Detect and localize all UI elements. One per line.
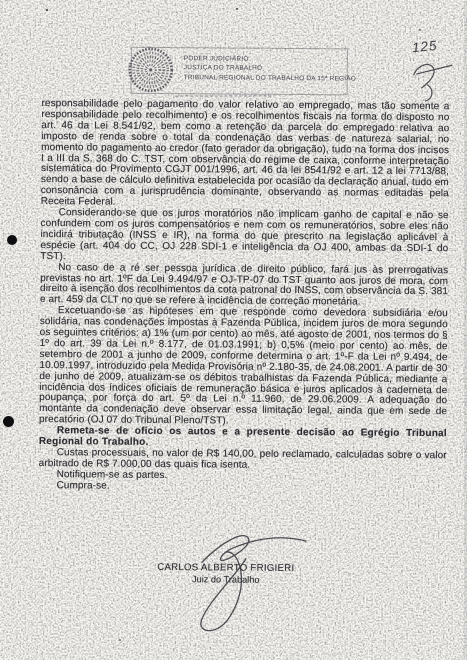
decision-text: responsabilidade pelo pagamento do valor…: [38, 99, 449, 495]
paragraph-fazenda-publica: Excetuando-se as hipóteses em que respon…: [39, 306, 448, 429]
coat-of-arms-seal-icon: [127, 46, 177, 96]
signature-block: CARLOS ALBERTO FRIGIERI Juiz do Trabalho: [116, 562, 336, 586]
judge-name: CARLOS ALBERTO FRIGIERI: [116, 562, 336, 575]
scanned-court-document-page: PODER JUDICIÁRIO JUSTIÇA DO TRABALHO TRI…: [0, 0, 467, 660]
paragraph-juros-moratorios: Considerando-se que os juros moratórios …: [40, 208, 448, 266]
letterhead-text: PODER JUDICIÁRIO JUSTIÇA DO TRABALHO TRI…: [184, 54, 384, 84]
judge-title: Juiz do Trabalho: [116, 574, 336, 586]
letterhead-line-3: TRIBUNAL REGIONAL DO TRABALHO DA 15ª REG…: [184, 73, 384, 84]
paragraph-cumpra-se: Cumpra-se.: [38, 481, 446, 495]
stamp-smudge-line: [176, 95, 272, 96]
paragraph-pessoa-juridica: No caso de a ré ser pessoa jurídica de d…: [40, 263, 448, 310]
page-number-handwritten: 125: [411, 38, 438, 55]
rubric-mark-icon: [414, 64, 452, 101]
paragraph-continuation: responsabilidade pelo pagamento do valor…: [41, 99, 450, 211]
